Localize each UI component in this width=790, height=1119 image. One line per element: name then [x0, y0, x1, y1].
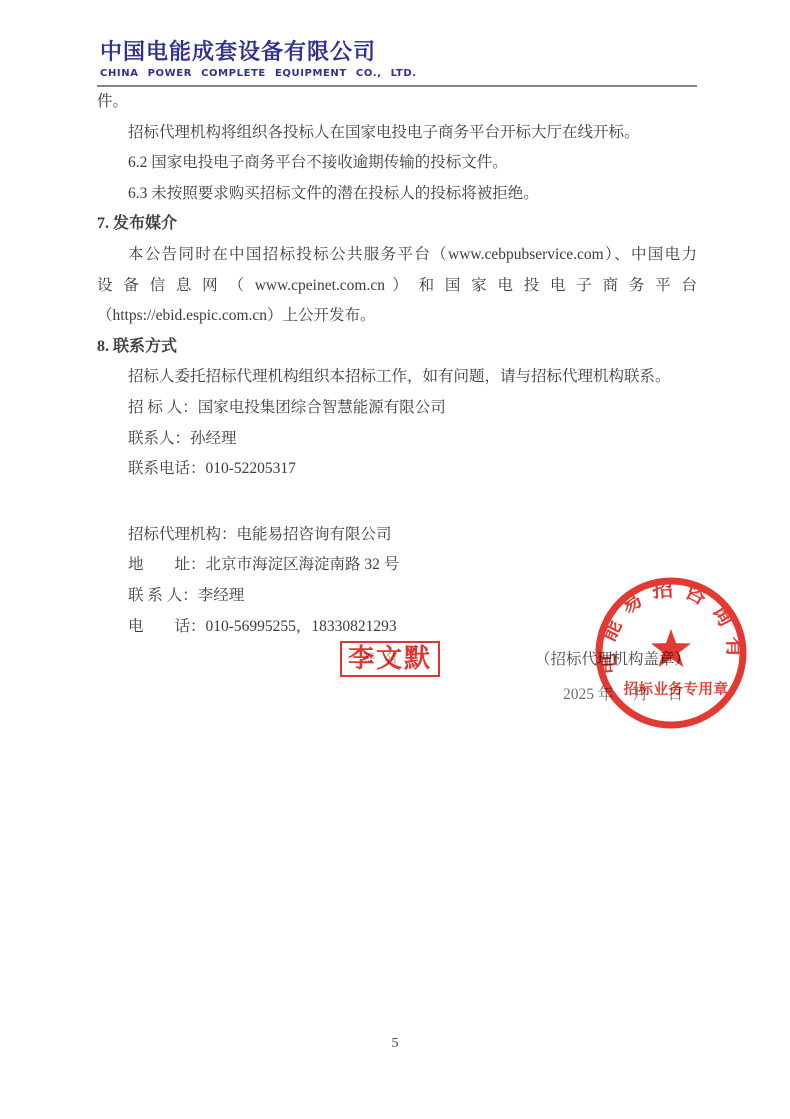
section-7-line1: 本公告同时在中国招标投标公共服务平台（www.cebpubservice.com…	[97, 240, 697, 271]
tenderer-phone-line: 联系电话：010-52205317	[97, 454, 697, 485]
section-8-heading: 8. 联系方式	[97, 332, 697, 363]
signature-stamp-box: 李文默	[340, 641, 440, 677]
agency-round-seal: 电能易招咨询有限公司 招标业务专用章	[592, 574, 750, 732]
blank-gap	[97, 485, 697, 520]
company-name-en: CHINA POWER COMPLETE EQUIPMENT CO., LTD.	[100, 68, 417, 80]
paragraph-opening: 招标代理机构将组织各投标人在国家电投电子商务平台开标大厅在线开标。	[97, 118, 697, 149]
section-7-line2: 设 备 信 息 网 （ www.cpeinet.com.cn ） 和 国 家 电…	[97, 271, 697, 302]
agency-line: 招标代理机构：电能易招咨询有限公司	[97, 520, 697, 551]
section-7-line3: （https://ebid.espic.com.cn）上公开发布。	[97, 301, 697, 332]
seal-banner-text: 招标业务专用章	[624, 680, 729, 698]
section-8-intro: 招标人委托招标代理机构组织本招标工作，如有问题，请与招标代理机构联系。	[97, 362, 697, 393]
tenderer-contact-line: 联系人：孙经理	[97, 424, 697, 455]
document-body: 件。 招标代理机构将组织各投标人在国家电投电子商务平台开标大厅在线开标。 6.2…	[97, 87, 697, 642]
item-6-2: 6.2 国家电投电子商务平台不接收逾期传输的投标文件。	[97, 148, 697, 179]
continuation-line: 件。	[97, 87, 697, 118]
signature-name: 李文默	[348, 646, 432, 672]
star-icon	[651, 629, 691, 667]
tenderer-line: 招 标 人：国家电投集团综合智慧能源有限公司	[97, 393, 697, 424]
section-7-heading: 7. 发布媒介	[97, 209, 697, 240]
letterhead: 中国电能成套设备有限公司 CHINA POWER COMPLETE EQUIPM…	[100, 40, 417, 80]
page-number: 5	[0, 1036, 790, 1052]
svg-text:电能易招咨询有限公司: 电能易招咨询有限公司	[592, 574, 747, 676]
company-name-cn: 中国电能成套设备有限公司	[100, 40, 417, 66]
seal-company-text: 电能易招咨询有限公司	[592, 574, 747, 676]
document-page: 中国电能成套设备有限公司 CHINA POWER COMPLETE EQUIPM…	[0, 0, 790, 1119]
item-6-3: 6.3 未按照要求购买招标文件的潜在投标人的投标将被拒绝。	[97, 179, 697, 210]
